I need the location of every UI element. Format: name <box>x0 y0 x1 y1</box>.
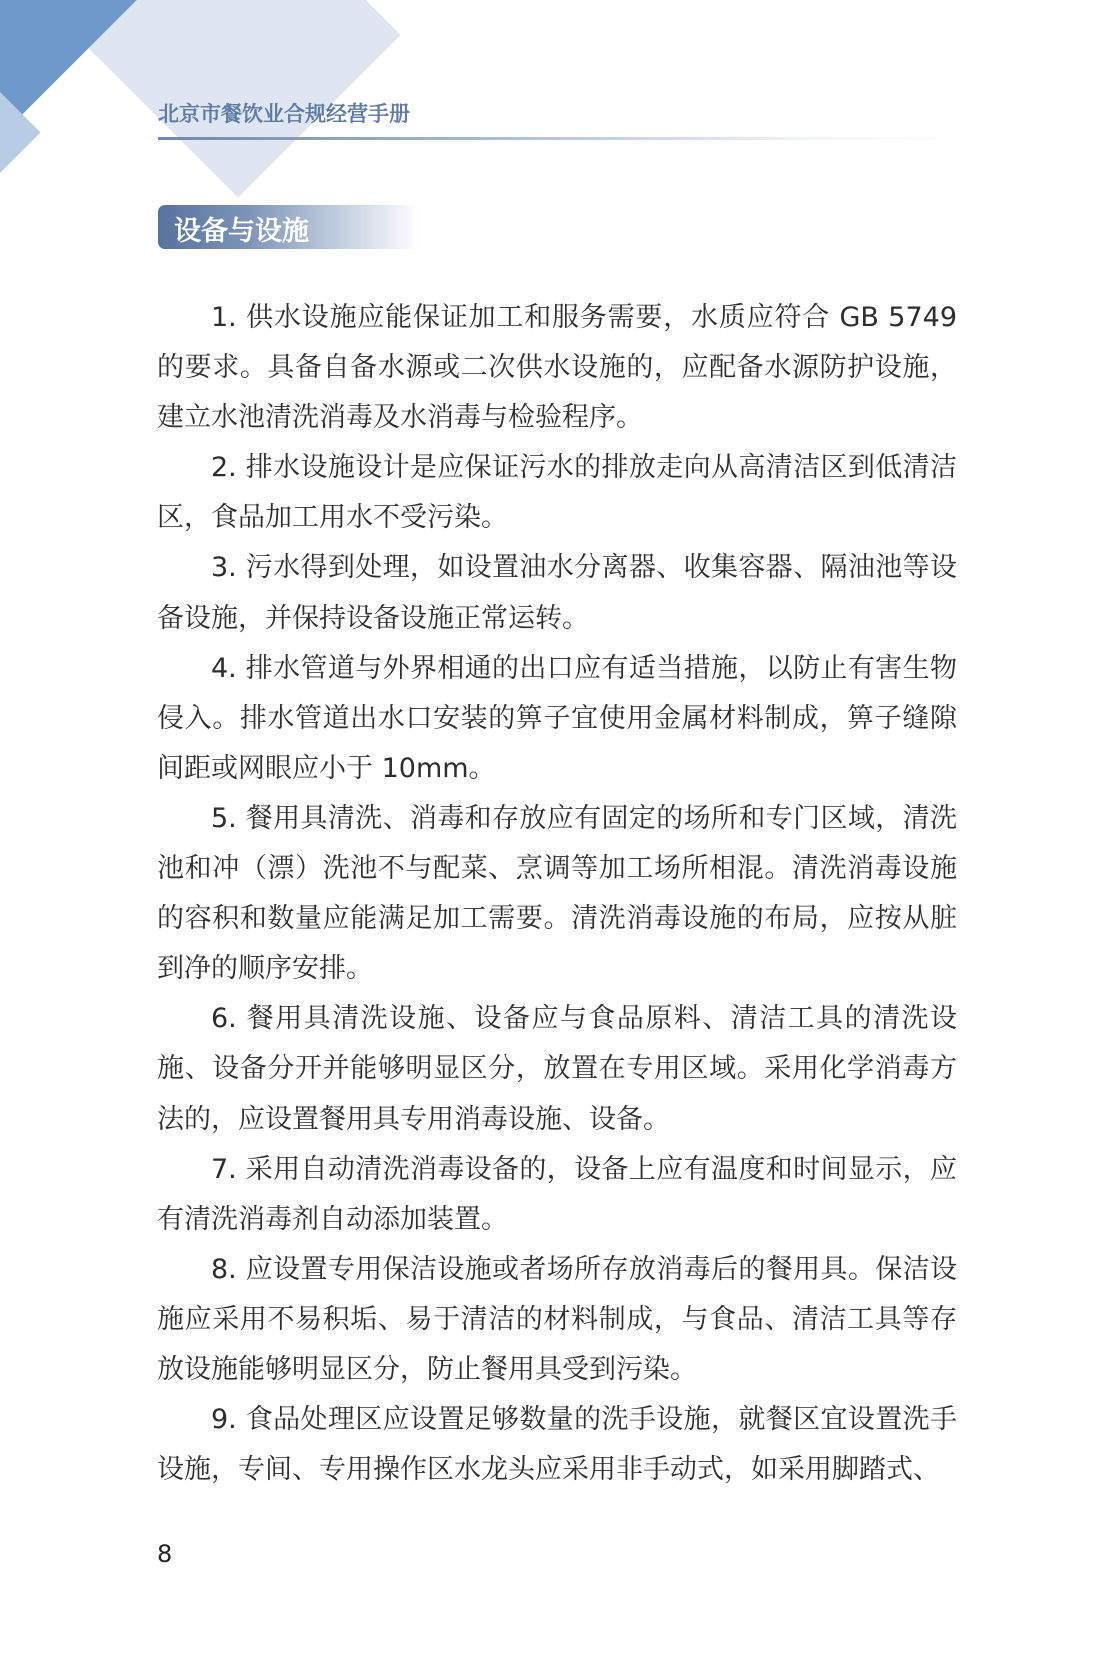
paragraph-7: 7. 采用自动清洗消毒设备的，设备上应有温度和时间显示，应有清洗消毒剂自动添加装… <box>157 1145 957 1245</box>
section-title: 设备与设施 <box>174 209 309 248</box>
paragraph-6: 6. 餐用具清洗设施、设备应与食品原料、清洁工具的清洗设施、设备分开并能够明显区… <box>157 994 957 1144</box>
body-text: 1. 供水设施应能保证加工和服务需要，水质应符合 GB 5749 的要求。具备自… <box>157 293 957 1495</box>
paragraph-9: 9. 食品处理区应设置足够数量的洗手设施，就餐区宜设置洗手设施，专间、专用操作区… <box>157 1395 957 1495</box>
paragraph-3: 3. 污水得到处理，如设置油水分离器、收集容器、隔油池等设备设施，并保持设备设施… <box>157 543 957 643</box>
paragraph-5: 5. 餐用具清洗、消毒和存放应有固定的场所和专门区域，清洗池和冲（漂）洗池不与配… <box>157 794 957 994</box>
paragraph-8: 8. 应设置专用保洁设施或者场所存放消毒后的餐用具。保洁设施应采用不易积垢、易于… <box>157 1245 957 1395</box>
page-number: 8 <box>157 1540 172 1568</box>
running-header-title: 北京市餐饮业合规经营手册 <box>158 98 410 128</box>
paragraph-1: 1. 供水设施应能保证加工和服务需要，水质应符合 GB 5749 的要求。具备自… <box>157 293 957 443</box>
header-divider <box>158 137 958 140</box>
paragraph-4: 4. 排水管道与外界相通的出口应有适当措施，以防止有害生物侵入。排水管道出水口安… <box>157 644 957 794</box>
paragraph-2: 2. 排水设施设计是应保证污水的排放走向从高清洁区到低清洁区，食品加工用水不受污… <box>157 443 957 543</box>
